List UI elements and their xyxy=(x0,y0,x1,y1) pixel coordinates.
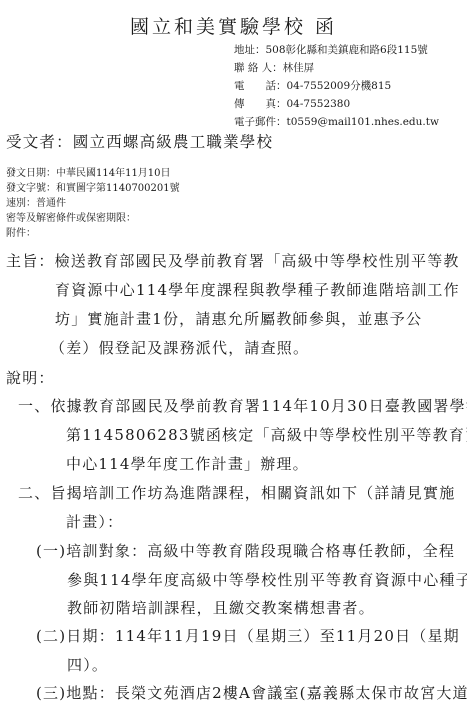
contact-email: 電子郵件：t0559@mail101.nhes.edu.tw xyxy=(234,113,439,131)
contact-person: 聯 絡 人：林佳屏 xyxy=(234,59,314,77)
item-line: 第1145806283號函核定「高級中等學校性別平等教育資源 xyxy=(66,424,467,445)
item-line: 二、旨揭培訓工作坊為進階課程，相關資訊如下（詳請見實施 xyxy=(18,482,455,503)
recipient: 受文者：國立西螺高級農工職業學校 xyxy=(6,130,273,152)
sub-item-line: 教師初階培訓課程，且繳交教案構想書者。 xyxy=(67,597,375,618)
speed-class: 速別：普通件 xyxy=(6,196,66,211)
issue-date: 發文日期：中華民國114年11月10日 xyxy=(6,166,171,181)
sub-item-line: (一)培訓對象：高級中等教育階段現職合格專任教師，全程 xyxy=(36,540,455,561)
doc-number: 發文字號：和實圖字第1140700201號 xyxy=(6,181,180,196)
sub-item-line: (二)日期：114年11月19日（星期三）至11月20日（星期 xyxy=(36,625,460,646)
sub-item-line: (三)地點：長榮文苑酒店2樓A會議室(嘉義縣太保市故宮大道 xyxy=(36,682,467,702)
contact-address: 地址：508彰化縣和美鎮鹿和路6段115號 xyxy=(234,41,428,59)
contact-phone: 電 話：04-7552009分機815 xyxy=(234,77,391,95)
document-title: 國立和美實驗學校 函 xyxy=(0,12,467,39)
subject-line: 主旨：檢送教育部國民及學前教育署「高級中等學校性別平等教 xyxy=(6,250,460,271)
explanation-label: 說明： xyxy=(6,367,55,388)
subject-line: 育資源中心114學年度課程與教學種子教師進階培訓工作 xyxy=(55,279,460,300)
item-line: 計畫）： xyxy=(66,511,123,532)
item-line: 中心114學年度工作計畫」辦理。 xyxy=(66,453,309,474)
contact-fax: 傳 真：04-7552380 xyxy=(234,95,350,113)
subject-line: 坊」實施計畫1份，請惠允所屬教師參與，並惠予公 xyxy=(55,308,422,329)
subject-line: （差）假登記及課務派代，請查照。 xyxy=(50,337,309,358)
attachment: 附件： xyxy=(6,226,36,241)
sub-item-line: 四）。 xyxy=(67,654,108,675)
sub-item-line: 參與114學年度高級中等學校性別平等教育資源中心種子 xyxy=(67,569,467,590)
classification: 密等及解密條件或保密期限： xyxy=(6,211,136,226)
item-line: 一、依據教育部國民及學前教育署114年10月30日臺教國署學字 xyxy=(18,395,467,416)
